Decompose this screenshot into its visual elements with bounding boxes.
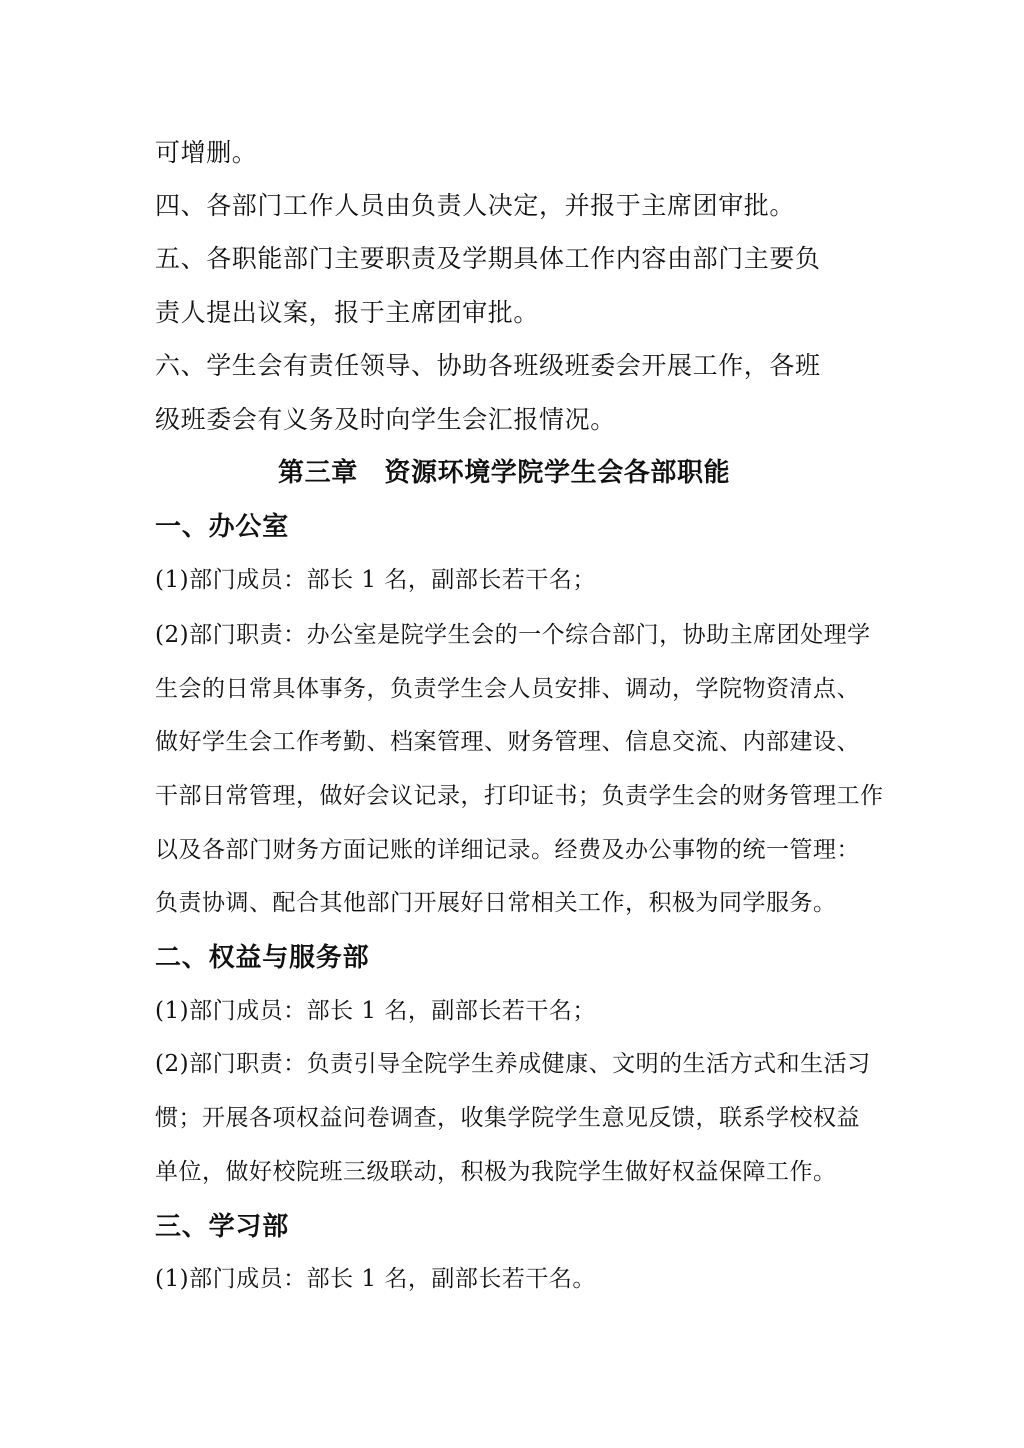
section-line: 以及各部门财务方面记账的详细记录。经费及办公事物的统一管理： <box>155 839 860 862</box>
paragraph-line: 级班委会有义务及时向学生会汇报情况。 <box>155 407 616 432</box>
paragraph-line: 五、各职能部门主要职责及学期具体工作内容由部门主要负 <box>155 246 821 271</box>
section-line: (1)部门成员：部长 1 名，副部长若干名； <box>155 569 596 592</box>
paragraph-line: 可增删。 <box>155 140 257 165</box>
section-heading-study: 三、学习部 <box>155 1214 289 1240</box>
section-line: 干部日常管理，做好会议记录，打印证书；负责学生会的财务管理工作 <box>155 785 884 808</box>
paragraph-line: 四、各部门工作人员由负责人决定，并报于主席团审批。 <box>155 193 795 218</box>
chapter-title: 第三章 资源环境学院学生会各部职能 <box>278 460 730 486</box>
section-heading-rights-service: 二、权益与服务部 <box>155 945 369 971</box>
paragraph-line: 责人提出议案，报于主席团审批。 <box>155 300 539 325</box>
section-line: (1)部门成员：部长 1 名，副部长若干名； <box>155 1000 596 1023</box>
section-line: 做好学生会工作考勤、档案管理、财务管理、信息交流、内部建设、 <box>155 731 860 754</box>
section-line: 负责协调、配合其他部门开展好日常相关工作，积极为同学服务。 <box>155 892 837 915</box>
section-line: (2)部门职责：办公室是院学生会的一个综合部门，协助主席团处理学 <box>155 624 871 647</box>
section-line: 单位，做好校院班三级联动，积极为我院学生做好权益保障工作。 <box>155 1161 837 1184</box>
document-page: 可增删。 四、各部门工作人员由负责人决定，并报于主席团审批。 五、各职能部门主要… <box>0 0 1024 1448</box>
section-line: (2)部门职责：负责引导全院学生养成健康、文明的生活方式和生活习 <box>155 1053 871 1076</box>
section-line: 惯；开展各项权益问卷调查，收集学院学生意见反馈，联系学校权益 <box>155 1107 860 1130</box>
paragraph-line: 六、学生会有责任领导、协助各班级班委会开展工作，各班 <box>155 353 821 378</box>
section-heading-office: 一、办公室 <box>155 514 289 540</box>
section-line: (1)部门成员：部长 1 名，副部长若干名。 <box>155 1268 596 1291</box>
section-line: 生会的日常具体事务，负责学生会人员安排、调动，学院物资清点、 <box>155 678 860 701</box>
